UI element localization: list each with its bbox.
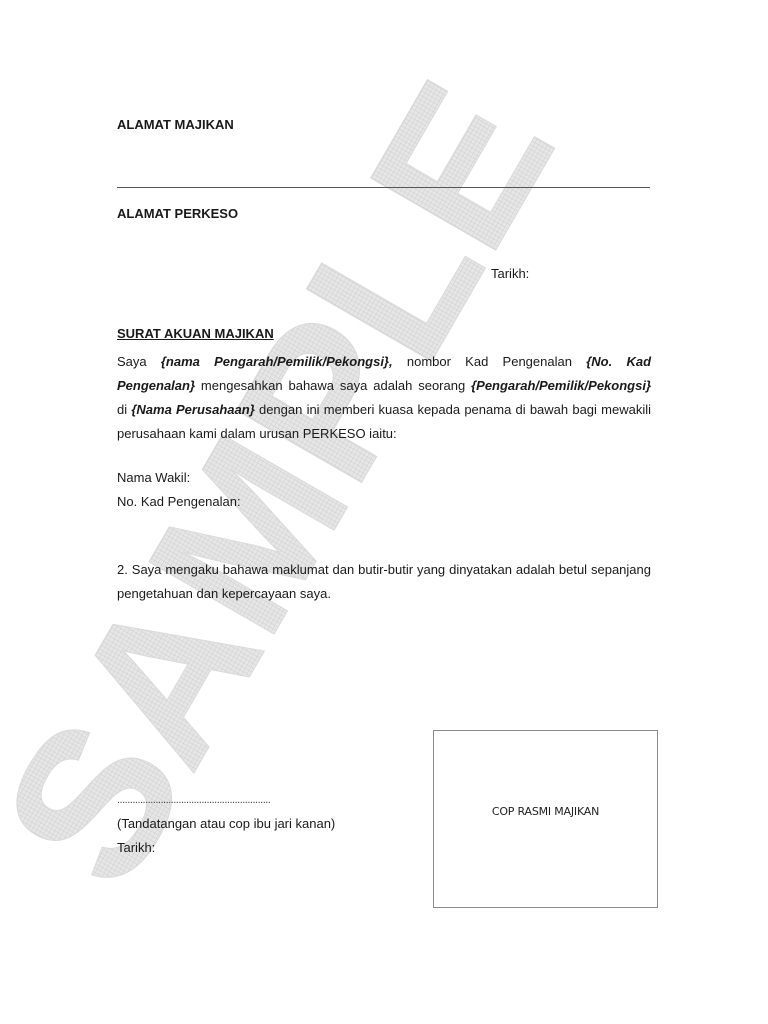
- official-stamp-box: COP RASMI MAJIKAN: [433, 730, 658, 908]
- perkeso-address-label: ALAMAT PERKESO: [117, 206, 238, 221]
- text-saya: Saya: [117, 354, 161, 369]
- employer-address-label: ALAMAT MAJIKAN: [117, 117, 234, 132]
- authorization-paragraph: Saya {nama Pengarah/Pemilik/Pekongsi}, n…: [117, 350, 651, 446]
- role-placeholder: {Pengarah/Pemilik/Pekongsi}: [471, 378, 651, 393]
- date-label-top: Tarikh:: [491, 266, 529, 281]
- stamp-box-label: COP RASMI MAJIKAN: [434, 805, 657, 818]
- text-di: di: [117, 402, 131, 417]
- representative-ic-label: No. Kad Pengenalan:: [117, 494, 241, 509]
- name-placeholder: {nama Pengarah/Pemilik/Pekongsi},: [161, 354, 393, 369]
- company-placeholder: {Nama Perusahaan}: [131, 402, 254, 417]
- representative-name-label: Nama Wakil:: [117, 470, 190, 485]
- date-label-bottom: Tarikh:: [117, 840, 155, 855]
- address-divider: [117, 187, 650, 188]
- text-mengesahkan: mengesahkan bahawa saya adalah seorang: [195, 378, 471, 393]
- letter-title: SURAT AKUAN MAJIKAN: [117, 326, 274, 341]
- signature-caption: (Tandatangan atau cop ibu jari kanan): [117, 816, 335, 831]
- text-nombor: nombor Kad Pengenalan: [393, 354, 587, 369]
- declaration-paragraph: 2. Saya mengaku bahawa maklumat dan buti…: [117, 558, 651, 606]
- signature-line: ........................................…: [117, 794, 270, 806]
